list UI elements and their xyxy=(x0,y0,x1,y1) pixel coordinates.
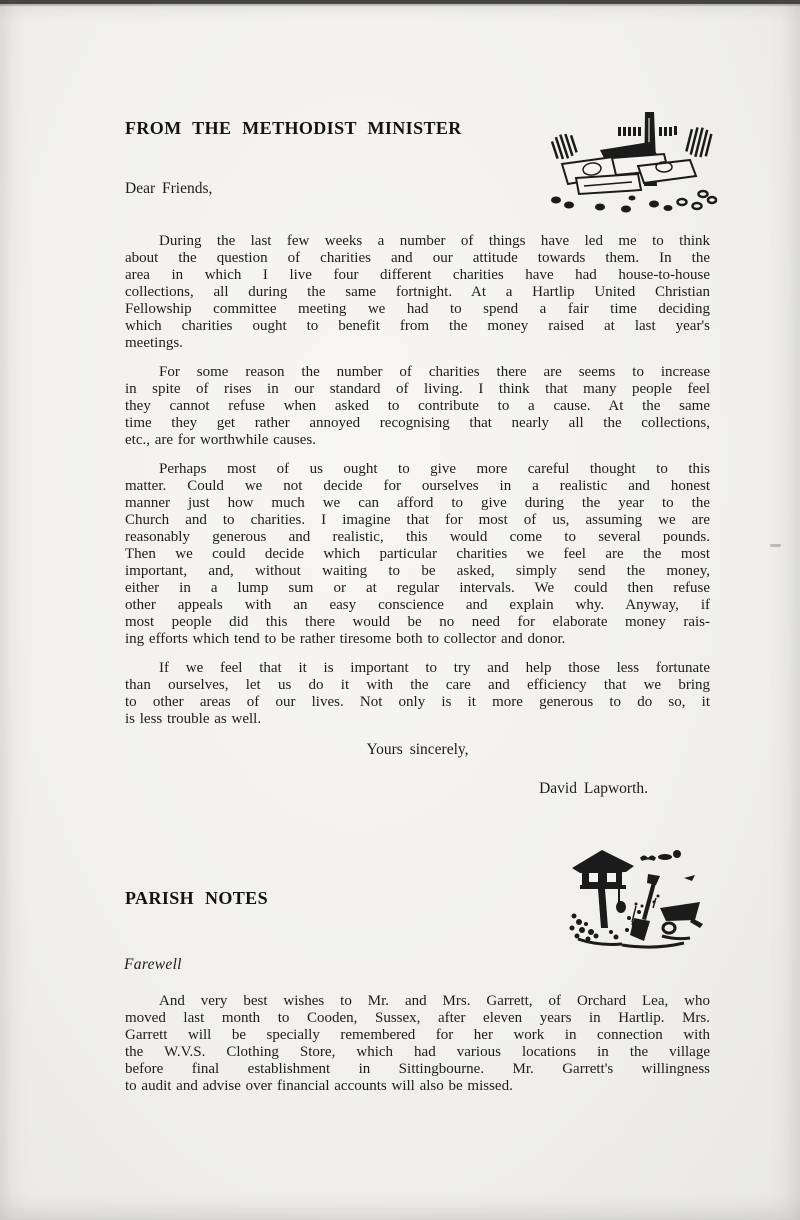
text-line: Garrett will be specially remembered for… xyxy=(125,1027,710,1044)
text-line: to audit and advise over financial accou… xyxy=(125,1078,710,1095)
paragraph: And very best wishes to Mr. and Mrs. Gar… xyxy=(125,993,710,1095)
text-line: manner just how much we can afford to gi… xyxy=(125,495,710,512)
text-line: than ourselves, let us do it with the ca… xyxy=(125,677,710,694)
scan-edge-top xyxy=(0,0,800,4)
garden-scene-icon xyxy=(566,844,706,952)
text-line: time they get rather annoyed recognising… xyxy=(125,415,710,432)
text-line: matter. Could we not decide for ourselve… xyxy=(125,478,710,495)
text-line: other appeals with an easy conscience an… xyxy=(125,597,710,614)
methodist-minister-heading: FROM THE METHODIST MINISTER xyxy=(125,118,462,139)
text-line: For some reason the number of charities … xyxy=(125,364,710,381)
scanned-newsletter-page: FROM THE METHODIST MINISTER xyxy=(0,0,800,1220)
charity-money-icon xyxy=(542,112,720,217)
text-line: the W.V.S. Clothing Store, which had var… xyxy=(125,1044,710,1061)
text-line: ing efforts which tend to be rather tire… xyxy=(125,631,710,648)
garden-bird-table-illustration xyxy=(566,844,706,952)
text-line: meetings. xyxy=(125,335,710,352)
closing-valediction: Yours sincerely, xyxy=(125,741,710,759)
signature-name: David Lapworth. xyxy=(125,780,710,798)
farewell-subheading: Farewell xyxy=(124,956,182,974)
salutation: Dear Friends, xyxy=(125,180,212,198)
text-line: to other areas of our lives. Not only is… xyxy=(125,694,710,711)
text-line: before final establishment in Sittingbou… xyxy=(125,1061,710,1078)
text-line: in spite of rises in our standard of liv… xyxy=(125,381,710,398)
text-line: about the question of charities and our … xyxy=(125,250,710,267)
text-line: important, and, without waiting to be as… xyxy=(125,563,710,580)
text-line: Church and to charities. I imagine that … xyxy=(125,512,710,529)
text-line: During the last few weeks a number of th… xyxy=(125,233,710,250)
money-pile-cross-illustration xyxy=(542,112,720,217)
text-line: Then we could decide which particular ch… xyxy=(125,546,710,563)
text-line: area in which I live four different char… xyxy=(125,267,710,284)
text-line: collections, all during the same fortnig… xyxy=(125,284,710,301)
minister-letter-body: During the last few weeks a number of th… xyxy=(125,233,710,740)
paragraph: Perhaps most of us ought to give more ca… xyxy=(125,461,710,648)
text-line: Fellowship committee meeting we had to s… xyxy=(125,301,710,318)
text-line: etc., are for worthwhile causes. xyxy=(125,432,710,449)
text-line: reasonably generous and realistic, this … xyxy=(125,529,710,546)
text-line: is less trouble as well. xyxy=(125,711,710,728)
paragraph: During the last few weeks a number of th… xyxy=(125,233,710,352)
text-line: most people did this there would be no n… xyxy=(125,614,710,631)
paragraph: If we feel that it is important to try a… xyxy=(125,660,710,728)
text-line: which charities ought to benefit from th… xyxy=(125,318,710,335)
text-line: moved last month to Cooden, Sussex, afte… xyxy=(125,1010,710,1027)
text-line: either in a lump sum or at regular inter… xyxy=(125,580,710,597)
scan-smudge xyxy=(770,544,781,547)
text-line: they cannot refuse when asked to contrib… xyxy=(125,398,710,415)
text-line: Perhaps most of us ought to give more ca… xyxy=(125,461,710,478)
paragraph: For some reason the number of charities … xyxy=(125,364,710,449)
text-line: And very best wishes to Mr. and Mrs. Gar… xyxy=(125,993,710,1010)
parish-notes-heading: PARISH NOTES xyxy=(125,888,268,909)
parish-notes-body: And very best wishes to Mr. and Mrs. Gar… xyxy=(125,993,710,1107)
text-line: If we feel that it is important to try a… xyxy=(125,660,710,677)
